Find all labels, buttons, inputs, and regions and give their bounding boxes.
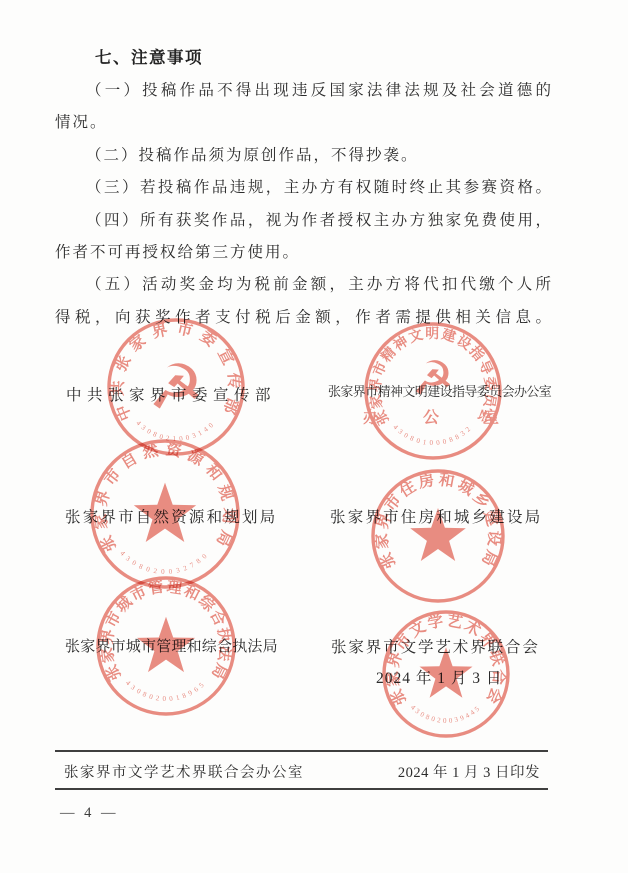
seal-ring [373,471,503,601]
official-seal: 张家界市住房和城乡建设局 [365,463,511,609]
signature-label-housing-bureau: 张家界市住房和城乡建设局 [330,505,542,527]
document-page: 七、注意事项 （一）投稿作品不得出现违反国家法律法规及社会道德的情况。（二）投稿… [0,0,628,873]
signature-label-urban-management-bureau: 张家界市城市管理和综合执法局 [65,635,278,656]
seal-code: 4308020032780 [118,549,211,576]
signature-date: 2024 年 1 月 3 日 [376,666,502,688]
seal-ring-text: 张家界市城市管理和综合执法局 [97,577,233,683]
body-line: （一）投稿作品不得出现违反国家法律法规及社会道德的 [55,75,553,107]
seal-code: 4308010008832 [392,423,475,447]
body-line: （二）投稿作品须为原创作品，不得抄袭。 [55,140,553,172]
footer-divider-bottom [55,788,548,790]
seal-inner-text: 办 公 室 [363,407,508,426]
footer-print-date: 2024 年 1 月 3 日印发 [398,761,540,782]
notes-section: 七、注意事项 （一）投稿作品不得出现违反国家法律法规及社会道德的情况。（二）投稿… [55,44,553,334]
signature-label-literature-art-federation: 张家界市文学艺术界联合会 [331,635,540,657]
seal-code: 4308020039445 [409,703,483,725]
footer-divider-top [55,750,548,752]
body-line: 得税，向获奖作者支付税后金额，作者需提供相关信息。 [55,302,553,334]
page-number: — 4 — [60,805,119,822]
seal-ring-text: 张家界市自然资源和规划局 [90,439,238,554]
signature-label-natural-resources-bureau: 张家界市自然资源和规划局 [65,505,277,527]
signature-label-civilization-office: 张家界市精神文明建设指导委员会办公室 [328,381,551,400]
section-heading: 七、注意事项 [95,44,553,68]
signature-label-propaganda-dept: 中共张家界市委宣传部 [66,383,276,405]
notes-body: （一）投稿作品不得出现违反国家法律法规及社会道德的情况。（二）投稿作品须为原创作… [55,75,553,334]
seal-ring-text: 张家界市文学艺术界联合会 [383,610,510,708]
body-line: 作者不可再授权给第三方使用。 [55,237,553,269]
seal-ring-text: 张家界市精神文明建设指导委员会 [367,326,500,428]
body-line: （三）若投稿作品违规，主办方有权随时终止其参赛资格。 [55,172,553,204]
footer-issuer: 张家界市文学艺术界联合会办公室 [64,761,304,782]
body-line: （四）所有获奖作品，视为作者授权主办方独家免费使用， [55,205,553,237]
seal-code: 4308021003140 [135,419,218,443]
body-line: （五）活动奖金均为税前金额，主办方将代扣代缴个人所 [55,269,553,301]
body-line: 情况。 [55,107,553,139]
seal-code: 4308020018965 [124,679,208,703]
